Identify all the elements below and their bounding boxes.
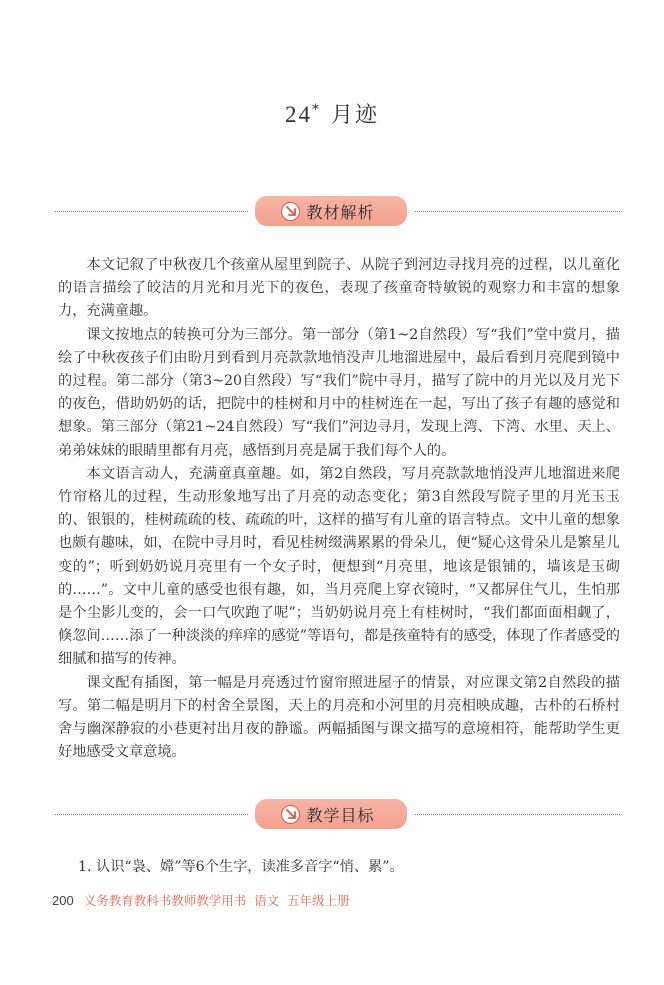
lesson-number: 24 (285, 102, 312, 127)
arrow-down-right-circle-icon (281, 805, 300, 824)
dotted-divider-left (55, 211, 248, 212)
section-header-analysis: 教材解析 (55, 195, 620, 227)
paragraph: 课文按地点的转换可分为三部分。第一部分（第1~2自然段）写“我们”堂中赏月，描绘… (58, 324, 620, 463)
section-pill-goals: 教学目标 (255, 799, 407, 829)
book-title: 义务教育教科书教师教学用书 语文 五年级上册 (84, 893, 350, 908)
lesson-name: 月迹 (331, 103, 379, 128)
textbook-page: 24*月迹 教材解析 本文记叙了中秋夜几个孩童从屋里到院子、从院子到河边寻找月亮… (0, 0, 664, 985)
section-label: 教学目标 (306, 803, 374, 826)
section-pill-analysis: 教材解析 (255, 196, 407, 226)
dotted-divider-right (415, 211, 620, 212)
analysis-body: 本文记叙了中秋夜几个孩童从屋里到院子、从院子到河边寻找月亮的过程，以儿童化的语言… (58, 254, 620, 764)
section-header-goals: 教学目标 (55, 798, 620, 830)
teaching-goal-item: 1. 认识“袅、嫦”等6个生字，读准多音字“悄、累”。 (78, 856, 404, 876)
dotted-divider-left (55, 814, 248, 815)
paragraph: 课文配有插图，第一幅是月亮透过竹窗帘照进屋子的情景，对应课文第2自然段的描写。第… (58, 672, 620, 765)
paragraph: 本文记叙了中秋夜几个孩童从屋里到院子、从院子到河边寻找月亮的过程，以儿童化的语言… (58, 254, 620, 324)
page-footer: 200 义务教育教科书教师教学用书 语文 五年级上册 (52, 891, 350, 909)
optional-lesson-marker: * (312, 102, 321, 118)
lesson-title: 24*月迹 (0, 98, 664, 129)
paragraph: 本文语言动人，充满童真童趣。如，第2自然段，写月亮款款地悄没声儿地溜进来爬竹帘格… (58, 463, 620, 672)
page-number: 200 (52, 893, 74, 908)
section-label: 教材解析 (306, 200, 374, 223)
dotted-divider-right (415, 814, 620, 815)
arrow-down-right-circle-icon (281, 202, 300, 221)
